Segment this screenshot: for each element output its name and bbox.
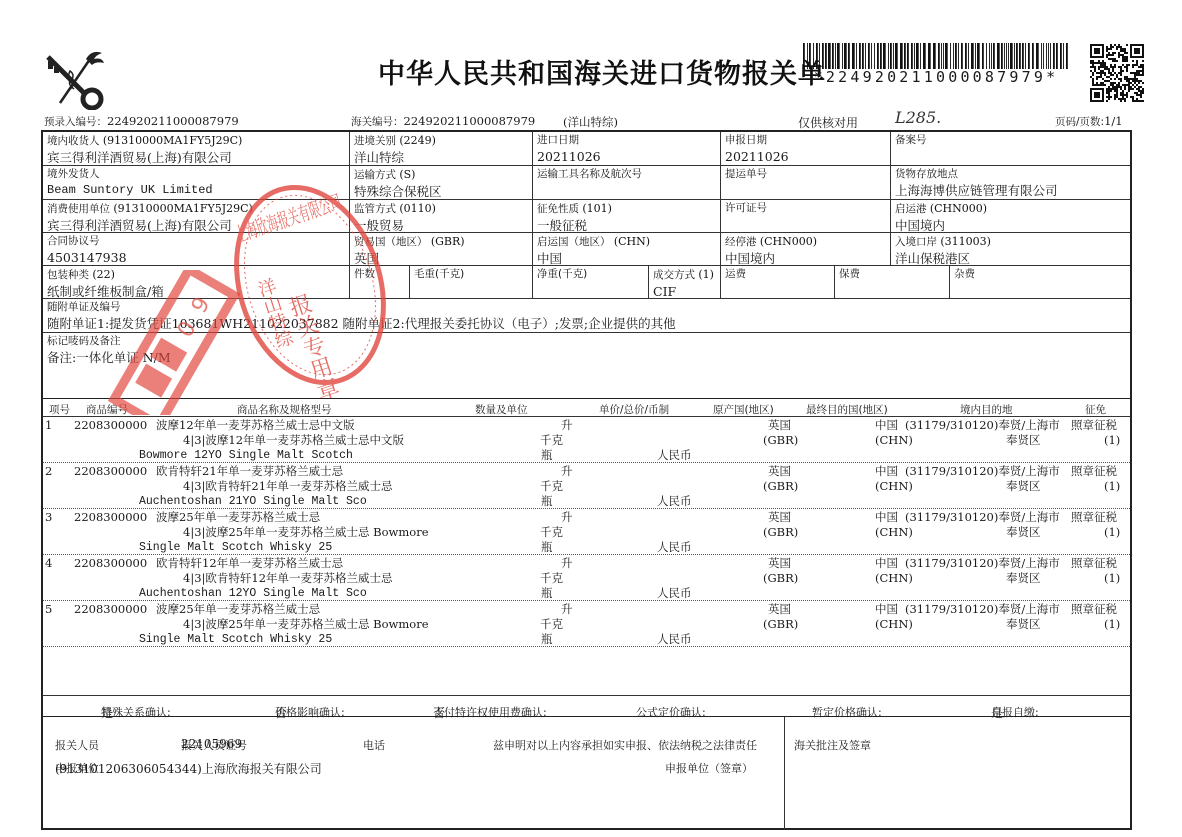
item-no: 1 xyxy=(45,418,52,433)
field-departure-port: 启运港 (CHN000) 中国境内 xyxy=(891,200,1134,232)
goods-row: 52208300000波摩25年单一麦芽苏格兰威士忌4|3|波摩25年单一麦芽苏… xyxy=(43,601,1130,647)
origin-country: 英国 xyxy=(768,418,791,433)
dest-country: 中国 xyxy=(875,556,898,571)
document-title: 中华人民共和国海关进口货物报关单 xyxy=(378,52,826,91)
domestic-dest: (31179/310120)奉贤/上海市 xyxy=(905,602,1060,617)
dest-country: 中国 xyxy=(875,510,898,525)
levy-mode: 照章征税 xyxy=(1071,602,1117,617)
field-contract-no: 合同协议号 4503147938 xyxy=(43,233,350,265)
field-license-no: 许可证号 xyxy=(721,200,891,232)
unit-1: 升 xyxy=(561,510,573,525)
domestic-district: 奉贤区 xyxy=(1006,571,1041,586)
field-entry-port: 入境口岸 (311003) 洋山保税港区 xyxy=(891,233,1134,265)
levy-code: (1) xyxy=(1104,617,1120,632)
field-pieces: 件数 xyxy=(350,266,410,298)
unit-1: 升 xyxy=(561,464,573,479)
levy-mode: 照章征税 xyxy=(1071,464,1117,479)
goods-spec: 4|3|波摩25年单一麦芽苏格兰威士忌 Bowmore xyxy=(183,617,429,632)
domestic-district: 奉贤区 xyxy=(1006,479,1041,494)
domestic-dest: (31179/310120)奉贤/上海市 xyxy=(905,556,1060,571)
goods-row: 42208300000欧肯特轩12年单一麦芽苏格兰威士忌4|3|欧肯特轩12年单… xyxy=(43,555,1130,601)
form-row-3: 消费使用单位 (91310000MA1FY5J29C) 宾三得利洋酒贸易(上海)… xyxy=(43,200,1130,233)
unit-2: 千克 xyxy=(540,617,563,632)
goods-spec: 4|3|欧肯特轩12年单一麦芽苏格兰威士忌 xyxy=(183,571,393,586)
origin-code: (GBR) xyxy=(763,525,798,540)
origin-code: (GBR) xyxy=(763,571,798,586)
barcode xyxy=(803,43,1069,69)
field-trade-country: 贸易国（地区） (GBR) 英国 xyxy=(350,233,533,265)
levy-code: (1) xyxy=(1104,525,1120,540)
unit-2: 千克 xyxy=(540,525,563,540)
domestic-dest: (31179/310120)奉贤/上海市 xyxy=(905,464,1060,479)
domestic-district: 奉贤区 xyxy=(1006,617,1041,632)
goods-name: 波摩25年单一麦芽苏格兰威士忌 xyxy=(156,510,320,525)
domestic-dest: (31179/310120)奉贤/上海市 xyxy=(905,418,1060,433)
goods-name: 欧肯特轩21年单一麦芽苏格兰威士忌 xyxy=(156,464,343,479)
field-bill-of-lading: 提运单号 xyxy=(721,166,891,199)
origin-code: (GBR) xyxy=(763,479,798,494)
goods-name: 波摩25年单一麦芽苏格兰威士忌 xyxy=(156,602,320,617)
unit-3: 瓶 xyxy=(541,448,553,463)
currency: 人民币 xyxy=(657,540,692,555)
hs-code: 2208300000 xyxy=(74,602,147,617)
domestic-dest: (31179/310120)奉贤/上海市 xyxy=(905,510,1060,525)
form-row-marks: 标记唛码及备注 备注:一体化单证 N/M xyxy=(43,333,1130,398)
field-insurance: 保费 xyxy=(835,266,950,298)
levy-mode: 照章征税 xyxy=(1071,418,1117,433)
currency: 人民币 xyxy=(657,448,692,463)
field-trade-terms: 成交方式 (1) CIF xyxy=(649,266,721,298)
declarant-label: 报关人员 xyxy=(55,737,99,753)
field-misc-fee: 杂费 xyxy=(950,266,1134,298)
field-overseas-consignor: 境外发货人 Beam Suntory UK Limited xyxy=(43,166,350,199)
goods-row: 32208300000波摩25年单一麦芽苏格兰威士忌4|3|波摩25年单一麦芽苏… xyxy=(43,509,1130,555)
form-row-2: 境外发货人 Beam Suntory UK Limited 运输方式 (S) 特… xyxy=(43,166,1130,200)
item-no: 5 xyxy=(45,602,52,617)
item-no: 2 xyxy=(45,464,52,479)
goods-spec: 4|3|欧肯特轩21年单一麦芽苏格兰威士忌 xyxy=(183,479,393,494)
customs-emblem-icon xyxy=(40,45,110,110)
hs-code: 2208300000 xyxy=(74,510,147,525)
field-attached-docs: 随附单证及编号 随附单证1:提发货凭证103681WH211022037882 … xyxy=(43,299,1130,332)
levy-code: (1) xyxy=(1104,479,1120,494)
dest-country: 中国 xyxy=(875,418,898,433)
origin-country: 英国 xyxy=(768,510,791,525)
currency: 人民币 xyxy=(657,494,692,509)
footer-divider xyxy=(784,717,785,830)
goods-spec-en: Bowmore 12YO Single Malt Scotch xyxy=(139,448,353,463)
unit-2: 千克 xyxy=(540,571,563,586)
verify-only-label: 仅供核对用 xyxy=(798,114,858,131)
form-row-attached-docs: 随附单证及编号 随附单证1:提发货凭证103681WH211022037882 … xyxy=(43,299,1130,333)
customs-office: (洋山特综) xyxy=(563,114,618,130)
unit-3: 瓶 xyxy=(541,586,553,601)
goods-name: 波摩12年单一麦芽苏格兰威士忌中文版 xyxy=(156,418,355,433)
dest-country: 中国 xyxy=(875,464,898,479)
goods-row: 12208300000波摩12年单一麦芽苏格兰威士忌中文版4|3|波摩12年单一… xyxy=(43,417,1130,463)
unit-3: 瓶 xyxy=(541,494,553,509)
field-entry-customs: 进境关别 (2249) 洋山特综 xyxy=(350,132,533,165)
goods-name: 欧肯特轩12年单一麦芽苏格兰威士忌 xyxy=(156,556,343,571)
goods-spec: 4|3|波摩25年单一麦芽苏格兰威士忌 Bowmore xyxy=(183,525,429,540)
origin-country: 英国 xyxy=(768,556,791,571)
field-departure-country: 启运国（地区） (CHN) 中国 xyxy=(533,233,721,265)
customs-approval-label: 海关批注及签章 xyxy=(794,737,871,753)
unit-1: 升 xyxy=(561,556,573,571)
dest-code: (CHN) xyxy=(875,571,913,586)
field-vessel-voyage: 运输工具名称及航次号 xyxy=(533,166,721,199)
goods-spec-en: Auchentoshan 12YO Single Malt Sco xyxy=(139,586,367,601)
qr-code xyxy=(1090,44,1144,102)
dest-code: (CHN) xyxy=(875,433,913,448)
hs-code: 2208300000 xyxy=(74,556,147,571)
goods-spec-en: Single Malt Scotch Whisky 25 xyxy=(139,540,332,555)
field-net-weight: 净重(千克) xyxy=(533,266,649,298)
origin-code: (GBR) xyxy=(763,433,798,448)
field-stop-port: 经停港 (CHN000) 中国境内 xyxy=(721,233,891,265)
field-transport-mode: 运输方式 (S) 特殊综合保税区 xyxy=(350,166,533,199)
dest-code: (CHN) xyxy=(875,525,913,540)
unit-2: 千克 xyxy=(540,433,563,448)
dest-country: 中国 xyxy=(875,602,898,617)
field-record-no: 备案号 xyxy=(891,132,1134,165)
goods-spec-en: Auchentoshan 21YO Single Malt Sco xyxy=(139,494,367,509)
phone-label: 电话 xyxy=(363,737,385,753)
levy-code: (1) xyxy=(1104,571,1120,586)
field-consumer-unit: 消费使用单位 (91310000MA1FY5J29C) 宾三得利洋酒贸易(上海)… xyxy=(43,200,350,232)
dest-code: (CHN) xyxy=(875,617,913,632)
item-no: 3 xyxy=(45,510,52,525)
levy-mode: 照章征税 xyxy=(1071,510,1117,525)
handwritten-note: L285. xyxy=(895,108,941,127)
form-row-4: 合同协议号 4503147938 贸易国（地区） (GBR) 英国 启运国（地区… xyxy=(43,233,1130,266)
field-declare-date: 申报日期 20211026 xyxy=(721,132,891,165)
form-row-1: 境内收货人 (91310000MA1FY5J29C) 宾三得利洋酒贸易(上海)有… xyxy=(43,132,1130,166)
page-indicator: 页码/页数:1/1 xyxy=(1055,114,1123,129)
declaration-statement: 兹申明对以上内容承担如实申报、依法纳税之法律责任 xyxy=(493,737,757,753)
declaration-form: 境内收货人 (91310000MA1FY5J29C) 宾三得利洋酒贸易(上海)有… xyxy=(41,130,1132,830)
unit-3: 瓶 xyxy=(541,540,553,555)
unit-3: 瓶 xyxy=(541,632,553,647)
field-gross-weight: 毛重(千克) xyxy=(410,266,533,298)
dest-code: (CHN) xyxy=(875,479,913,494)
form-row-5: 包装种类 (22) 纸制或纤维板制盒/箱 件数 毛重(千克) 净重(千克) 成交… xyxy=(43,266,1130,299)
field-marks-remarks: 标记唛码及备注 备注:一体化单证 N/M xyxy=(43,333,1130,398)
field-package-type: 包装种类 (22) 纸制或纤维板制盒/箱 xyxy=(43,266,350,298)
field-supervision-mode: 监管方式 (0110) 一般贸易 xyxy=(350,200,533,232)
goods-table-header: 项号 商品编号 商品名称及规格型号 数量及单位 单价/总价/币制 原产国(地区)… xyxy=(43,398,1130,417)
domestic-district: 奉贤区 xyxy=(1006,433,1041,448)
field-levy-nature: 征免性质 (101) 一般征税 xyxy=(533,200,721,232)
origin-country: 英国 xyxy=(768,602,791,617)
declaration-footer: 报关人员 报关人员证号22105969 电话 兹申明对以上内容承担如实申报、依法… xyxy=(43,717,1130,830)
goods-spec-en: Single Malt Scotch Whisky 25 xyxy=(139,632,332,647)
currency: 人民币 xyxy=(657,632,692,647)
barcode-text: *224920211000087979* xyxy=(803,68,1069,86)
pre-entry-number: 预录入编号：224920211000087979 xyxy=(44,114,239,129)
hs-code: 2208300000 xyxy=(74,418,147,433)
seal-label: 申报单位（签章） xyxy=(665,760,753,776)
item-no: 4 xyxy=(45,556,52,571)
field-freight: 运费 xyxy=(721,266,835,298)
field-storage-place: 货物存放地点 上海海博供应链管理有限公司 xyxy=(891,166,1134,199)
confirmation-row: 特殊关系确认:是 价格影响确认:否 支付特许权使用费确认:否 公式定价确认: 暂… xyxy=(43,695,1130,717)
hs-code: 2208300000 xyxy=(74,464,147,479)
levy-code: (1) xyxy=(1104,433,1120,448)
goods-row: 22208300000欧肯特轩21年单一麦芽苏格兰威士忌4|3|欧肯特轩21年单… xyxy=(43,463,1130,509)
domestic-district: 奉贤区 xyxy=(1006,525,1041,540)
field-consignee: 境内收货人 (91310000MA1FY5J29C) 宾三得利洋酒贸易(上海)有… xyxy=(43,132,350,165)
unit-2: 千克 xyxy=(540,479,563,494)
origin-code: (GBR) xyxy=(763,617,798,632)
goods-spec: 4|3|波摩12年单一麦芽苏格兰威士忌中文版 xyxy=(183,433,404,448)
levy-mode: 照章征税 xyxy=(1071,556,1117,571)
field-import-date: 进口日期 20211026 xyxy=(533,132,721,165)
currency: 人民币 xyxy=(657,586,692,601)
unit-1: 升 xyxy=(561,602,573,617)
customs-number: 海关编号：224920211000087979 xyxy=(351,114,535,129)
origin-country: 英国 xyxy=(768,464,791,479)
unit-1: 升 xyxy=(561,418,573,433)
